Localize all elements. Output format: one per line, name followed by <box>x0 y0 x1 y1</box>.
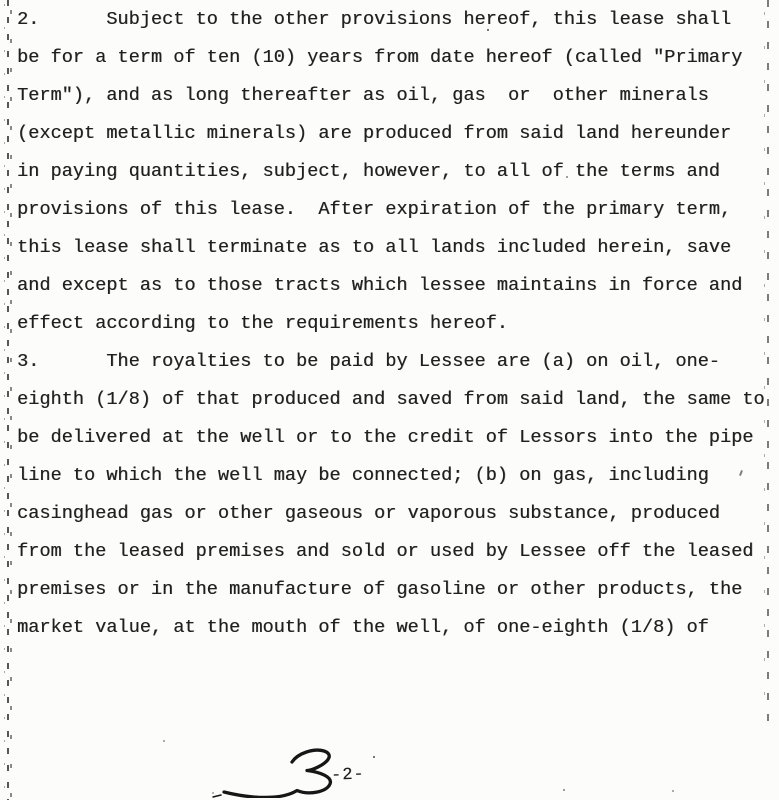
scan-speck <box>212 792 214 794</box>
text-line: 2. Subject to the other provisions hereo… <box>17 1 765 39</box>
text-line: line to which the well may be connected;… <box>17 457 765 495</box>
scan-speck <box>566 176 568 178</box>
document-lines: 2. Subject to the other provisions hereo… <box>17 1 765 647</box>
scan-speck <box>210 55 212 57</box>
text-line: 3. The royalties to be paid by Lessee ar… <box>17 343 765 381</box>
text-line: this lease shall terminate as to all lan… <box>17 229 765 267</box>
text-line: in paying quantities, subject, however, … <box>17 153 765 191</box>
text-line: premises or in the manufacture of gasoli… <box>17 571 765 609</box>
text-line: market value, at the mouth of the well, … <box>17 609 765 647</box>
text-line: and except as to those tracts which less… <box>17 267 765 305</box>
text-line: Term"), and as long thereafter as oil, g… <box>17 77 765 115</box>
scanned-lease-page: 2. Subject to the other provisions hereo… <box>0 0 779 800</box>
scan-speck <box>163 740 165 742</box>
scan-speck <box>373 756 375 758</box>
text-line: be for a term of ten (10) years from dat… <box>17 39 765 77</box>
text-line: provisions of this lease. After expirati… <box>17 191 765 229</box>
text-line: effect according to the requirements her… <box>17 305 765 343</box>
text-line: eighth (1/8) of that produced and saved … <box>17 381 765 419</box>
scan-speck <box>563 789 565 791</box>
text-line: from the leased premises and sold or use… <box>17 533 765 571</box>
left-scan-edge-artifact <box>3 0 14 800</box>
page-number: -2- <box>331 765 365 785</box>
right-scan-edge-artifact <box>764 0 770 722</box>
scan-speck <box>487 29 489 31</box>
text-line: be delivered at the well or to the credi… <box>17 419 765 457</box>
text-line: casinghead gas or other gaseous or vapor… <box>17 495 765 533</box>
scan-speck <box>672 790 674 792</box>
text-line: (except metallic minerals) are produced … <box>17 115 765 153</box>
